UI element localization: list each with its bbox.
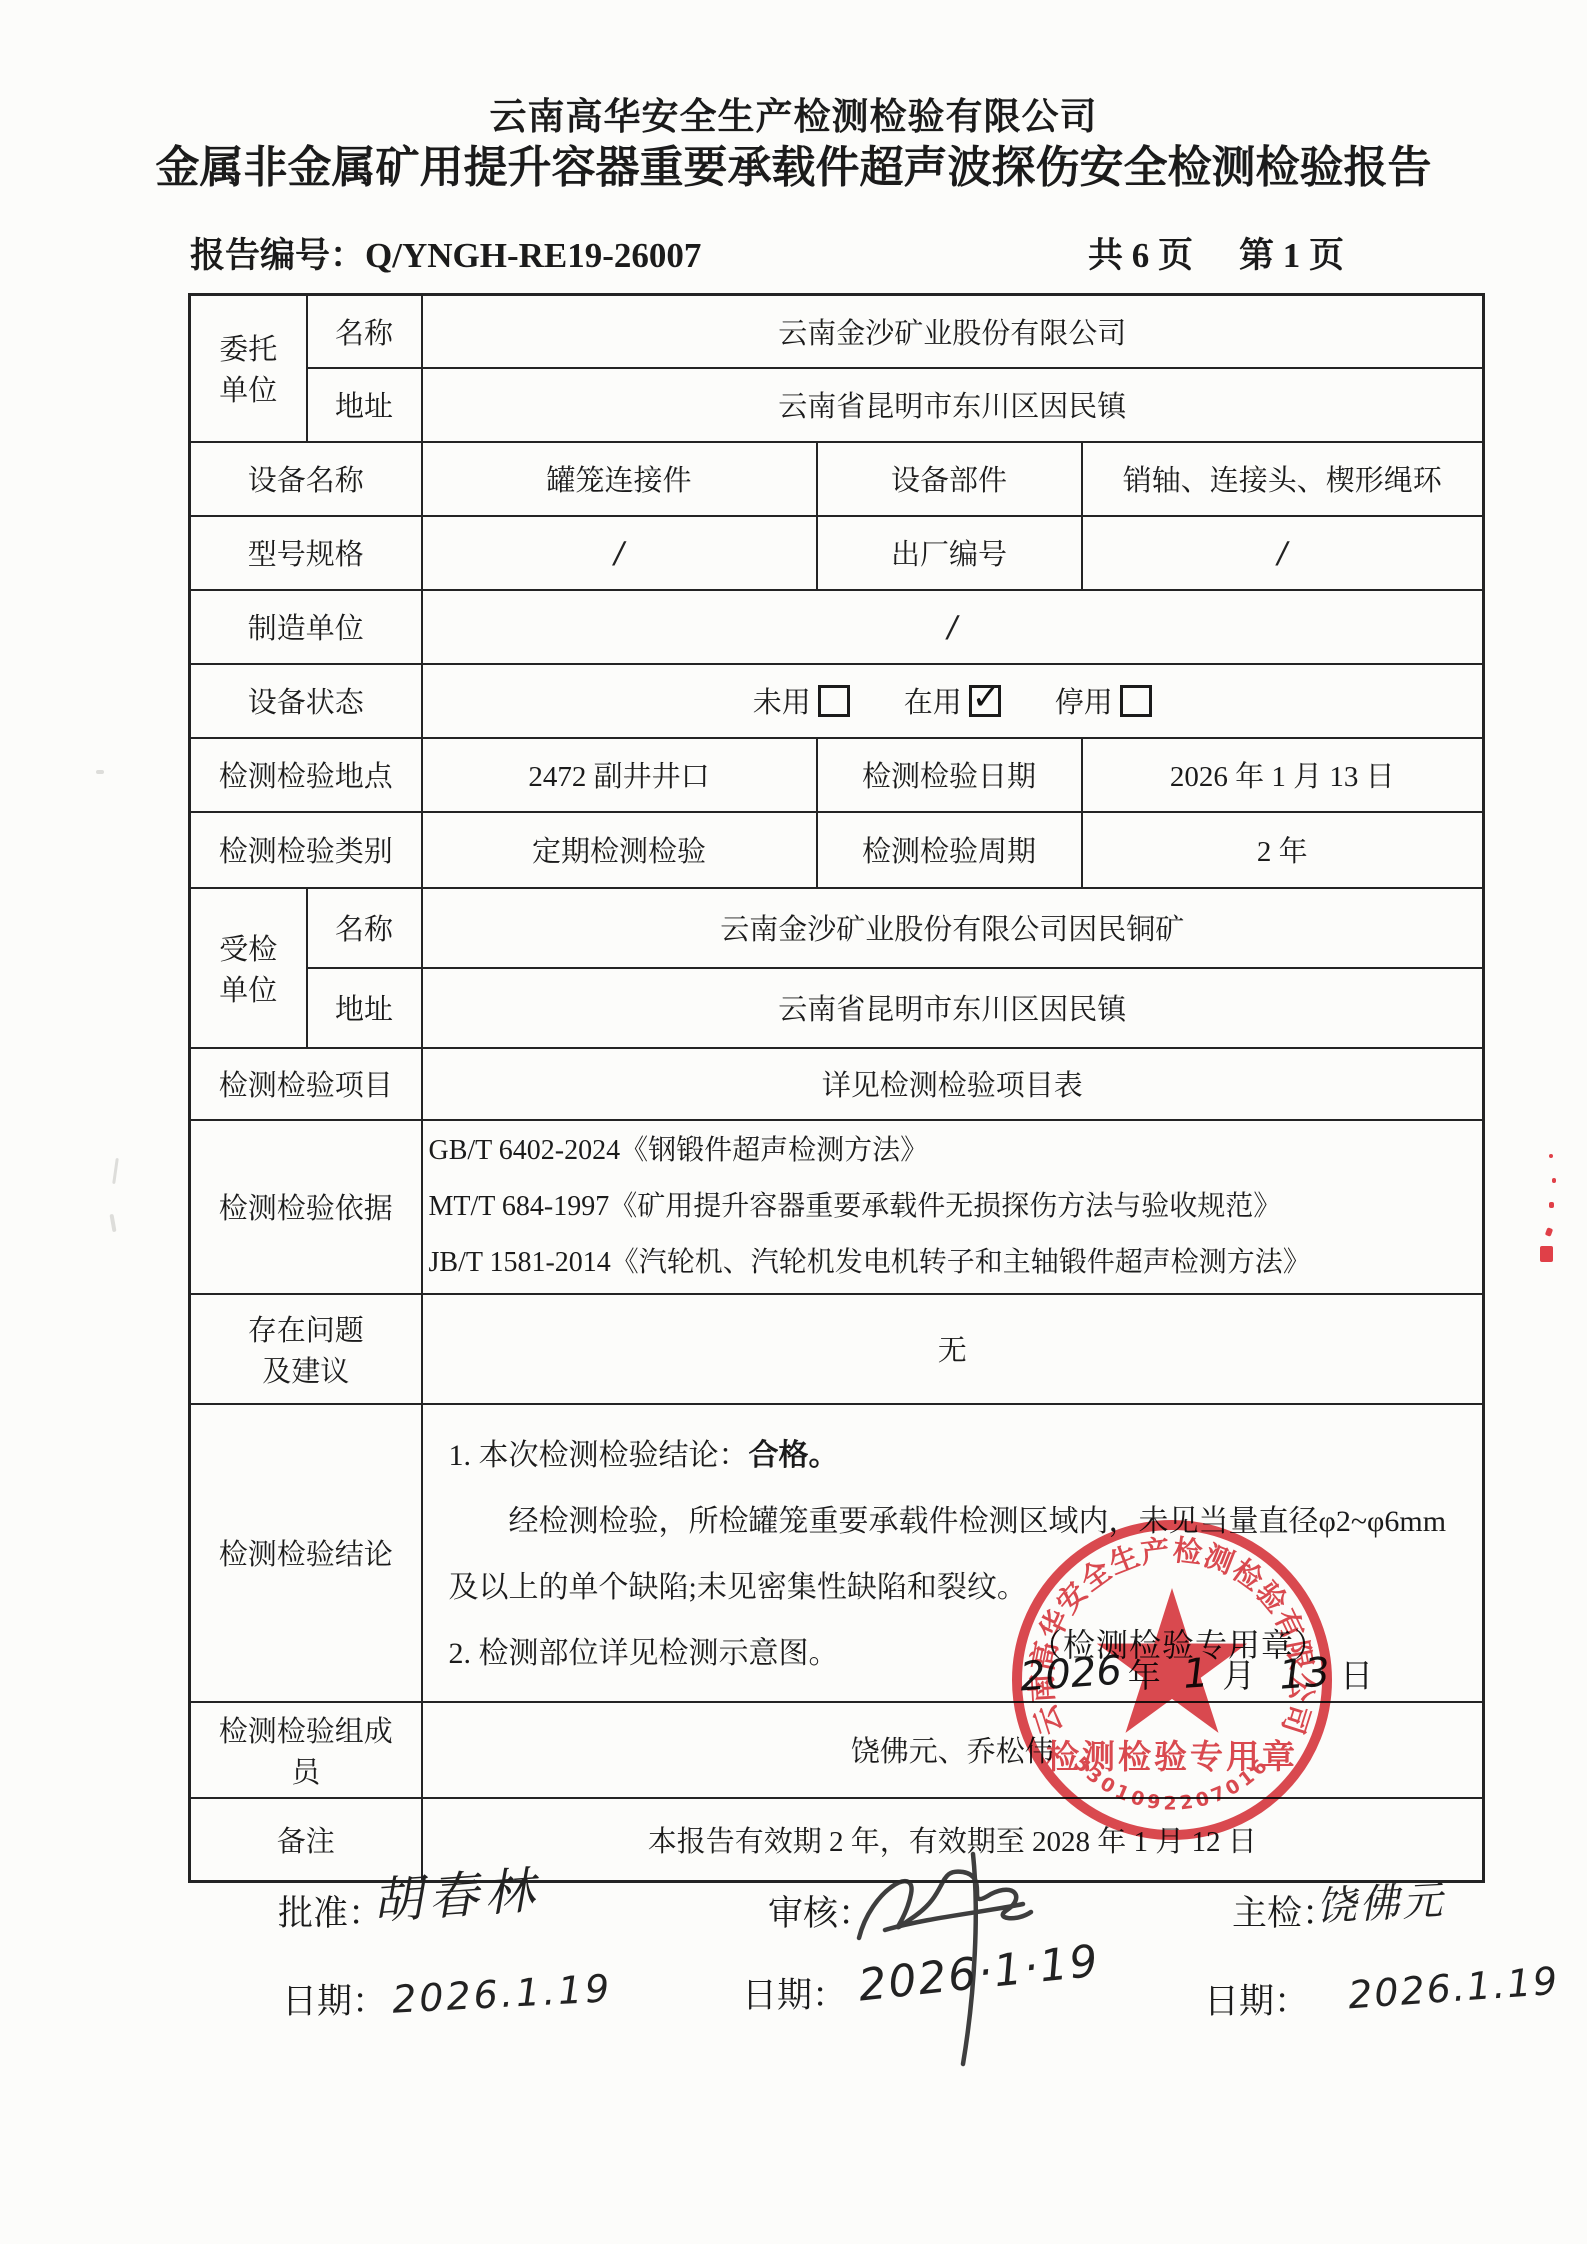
client-addr-value: 云南省昆明市东川区因民镇 (422, 368, 1484, 442)
status-option-unused: 未用 (753, 680, 850, 721)
client-addr-label: 地址 (307, 368, 422, 442)
table-row: 委托 单位 名称 云南金沙矿业股份有限公司 (190, 295, 1484, 368)
problems-label: 存在问题 及建议 (190, 1294, 422, 1404)
approve-date-label: 日期： (282, 1974, 387, 2024)
chief-signature-handwritten: 饶佛元 (1315, 1869, 1447, 1933)
basis-label: 检测检验依据 (190, 1120, 422, 1294)
current-page: 第 1 页 (1239, 236, 1344, 275)
table-row: 检测检验项目 详见检测检验项目表 (190, 1048, 1484, 1120)
approve-signature-handwritten: 胡春林 (370, 1850, 543, 1934)
conclusion-label: 检测检验结论 (190, 1404, 422, 1702)
scan-artifact-gray (96, 770, 104, 774)
client-name-value: 云南金沙矿业股份有限公司 (422, 295, 1484, 368)
review-date-label: 日期： (742, 1968, 847, 2018)
table-row: 型号规格 / 出厂编号 / (190, 516, 1484, 590)
table-row: 制造单位 / (190, 590, 1484, 664)
scan-artifact-red (1540, 1246, 1553, 1262)
problems-value: 无 (422, 1294, 1484, 1404)
device-name-value: 罐笼连接件 (422, 442, 817, 516)
scan-artifact-red (1545, 1227, 1553, 1237)
conclusion-text: 1. 本次检测检验结论： (449, 1439, 749, 1472)
period-value: 2 年 (1082, 812, 1484, 888)
total-pages: 共 6 页 (1088, 236, 1193, 275)
location-label: 检测检验地点 (190, 738, 422, 812)
model-label: 型号规格 (190, 516, 422, 590)
status-label: 设备状态 (190, 664, 422, 738)
table-row: 检测检验类别 定期检测检验 检测检验周期 2 年 (190, 812, 1484, 888)
device-name-label: 设备名称 (190, 442, 422, 516)
items-label: 检测检验项目 (190, 1048, 422, 1120)
table-row: 受检 单位 名称 云南金沙矿业股份有限公司因民铜矿 (190, 888, 1484, 968)
maker-label: 制造单位 (190, 590, 422, 664)
table-row: 存在问题 及建议 无 (190, 1294, 1484, 1404)
scan-artifact-gray (109, 1214, 116, 1232)
report-title: 金属非金属矿用提升容器重要承载件超声波探伤安全检测检验报告 (0, 131, 1587, 195)
conclusion-verdict: 合格。 (749, 1439, 839, 1472)
category-value: 定期检测检验 (422, 812, 817, 888)
category-label: 检测检验类别 (190, 812, 422, 888)
location-value: 2472 副井井口 (422, 738, 817, 812)
model-value: / (422, 516, 817, 590)
inspected-addr-value: 云南省昆明市东川区因民镇 (422, 968, 1484, 1048)
conclusion-line-1: 1. 本次检测检验结论：合格。 (449, 1423, 1457, 1489)
status-option-label: 在用 (904, 680, 962, 721)
stamp-day-label: 日 (1340, 1650, 1373, 1697)
table-row: 设备名称 罐笼连接件 设备部件 销轴、连接头、楔形绳环 (190, 442, 1484, 516)
device-part-label: 设备部件 (817, 442, 1082, 516)
inspected-group-label: 受检 单位 (190, 888, 307, 1048)
status-option-in-use: 在用 (904, 680, 1001, 721)
status-option-label: 未用 (753, 680, 811, 721)
scanned-report-page: 云南高华安全生产检测检验有限公司 金属非金属矿用提升容器重要承载件超声波探伤安全… (0, 0, 1587, 2244)
approve-date-handwritten: 2026.1.19 (391, 1966, 613, 2021)
inspected-addr-label: 地址 (307, 968, 422, 1048)
approve-label: 批准： (278, 1886, 383, 1936)
page-indicator: 共 6 页第 1 页 (1088, 228, 1344, 278)
inspected-name-label: 名称 (307, 888, 422, 968)
inspection-date-label: 检测检验日期 (817, 738, 1082, 812)
client-name-label: 名称 (307, 295, 422, 368)
table-row: 检测检验地点 2472 副井井口 检测检验日期 2026 年 1 月 13 日 (190, 738, 1484, 812)
table-row: 设备状态 未用 在用 停用 (190, 664, 1484, 738)
maker-value: / (422, 590, 1484, 664)
client-group-label: 委托 单位 (190, 295, 307, 442)
report-number-label: 报告编号： (190, 236, 365, 275)
table-row: 地址 云南省昆明市东川区因民镇 (190, 968, 1484, 1048)
table-row: 地址 云南省昆明市东川区因民镇 (190, 368, 1484, 442)
inspection-date-value: 2026 年 1 月 13 日 (1082, 738, 1484, 812)
table-row: 检测检验依据 GB/T 6402-2024《钢锻件超声检测方法》 MT/T 68… (190, 1120, 1484, 1294)
period-label: 检测检验周期 (817, 812, 1082, 888)
report-number-line: 报告编号：Q/YNGH-RE19-26007 (190, 228, 701, 278)
status-options-cell: 未用 在用 停用 (422, 664, 1484, 738)
checkbox-stopped (1120, 685, 1152, 717)
status-option-stopped: 停用 (1055, 680, 1152, 721)
scan-artifact-red (1549, 1154, 1553, 1158)
scan-artifact-red (1552, 1178, 1556, 1183)
serial-value: / (1082, 516, 1484, 590)
inspected-name-value: 云南金沙矿业股份有限公司因民铜矿 (422, 888, 1484, 968)
stamp-star-icon (1097, 1588, 1247, 1733)
official-red-stamp: 云南高华安全生产检测检验有限公司 检测检验专用章 5301092207016 (1002, 1510, 1342, 1850)
basis-text: GB/T 6402-2024《钢锻件超声检测方法》 MT/T 684-1997《… (429, 1123, 1477, 1291)
basis-value: GB/T 6402-2024《钢锻件超声检测方法》 MT/T 684-1997《… (422, 1120, 1484, 1294)
chief-date-handwritten: 2026.1.19 (1347, 1959, 1561, 2018)
checkbox-in-use (969, 685, 1001, 717)
serial-label: 出厂编号 (817, 516, 1082, 590)
checkbox-unused (818, 685, 850, 717)
device-part-value: 销轴、连接头、楔形绳环 (1082, 442, 1484, 516)
items-value: 详见检测检验项目表 (422, 1048, 1484, 1120)
scan-artifact-red (1549, 1202, 1554, 1208)
status-option-label: 停用 (1055, 680, 1113, 721)
chief-date-label: 日期： (1204, 1974, 1309, 2024)
scan-artifact-gray (112, 1158, 119, 1184)
report-number-value: Q/YNGH-RE19-26007 (365, 236, 701, 275)
team-label: 检测检验组成 员 (190, 1702, 422, 1798)
